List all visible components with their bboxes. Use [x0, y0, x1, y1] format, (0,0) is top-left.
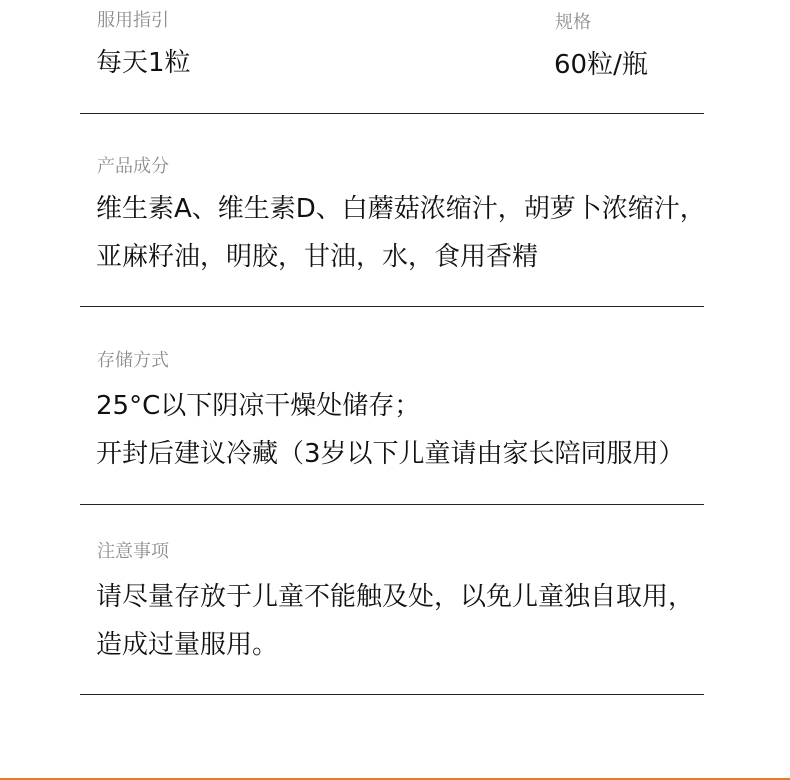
- ingredients-section: 产品成分 维生素A、维生素D、白蘑菇浓缩汁，胡萝卜浓缩汁， 亚麻籽油，明胶，甘油…: [0, 114, 790, 307]
- ingredients-label: 产品成分: [97, 157, 169, 177]
- notes-label: 注意事项: [97, 542, 169, 562]
- storage-line: 25°C以下阴凉干燥处储存；: [96, 382, 420, 430]
- storage-label: 存储方式: [97, 351, 169, 371]
- spec-label: 规格: [555, 13, 591, 33]
- ingredients-line: 维生素A、维生素D、白蘑菇浓缩汁，胡萝卜浓缩汁，: [96, 185, 706, 233]
- usage-value: 每天1粒: [96, 39, 191, 87]
- usage-label: 服用指引: [97, 11, 169, 31]
- spec-value: 60粒/瓶: [554, 41, 648, 89]
- usage-spec-section: 服用指引 每天1粒 规格 60粒/瓶: [0, 0, 790, 115]
- ingredients-line: 亚麻籽油，明胶，甘油，水，食用香精: [96, 233, 538, 281]
- notes-section: 注意事项 请尽量存放于儿童不能触及处，以免儿童独自取用， 造成过量服用。: [0, 505, 790, 695]
- notes-line: 造成过量服用。: [96, 621, 278, 669]
- divider: [80, 694, 704, 695]
- storage-section: 存储方式 25°C以下阴凉干燥处储存； 开封后建议冷藏（3岁以下儿童请由家长陪同…: [0, 307, 790, 504]
- storage-line: 开封后建议冷藏（3岁以下儿童请由家长陪同服用）: [96, 430, 685, 478]
- notes-line: 请尽量存放于儿童不能触及处，以免儿童独自取用，: [96, 573, 694, 621]
